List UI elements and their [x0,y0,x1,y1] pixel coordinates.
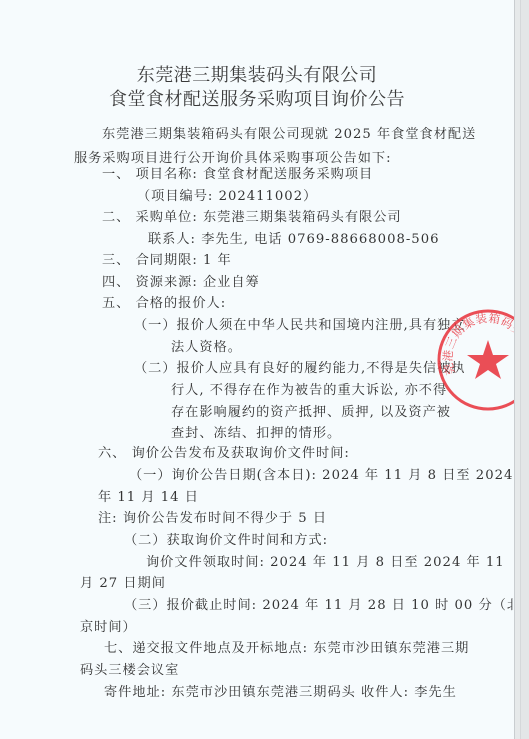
section-6-item-2: （二）获取询价文件时间和方式: [124,533,328,549]
section-5-item-2-cont-1: 行人, 不得存在作为被告的重大诉讼, 亦不得 [171,383,447,399]
section-6-item-3: （三）报价截止时间: 2024 年 11 月 28 日 10 时 00 分（北 [124,598,515,614]
section-5-item-2: （二）报价人应具有良好的履约能力,不得是失信被执 [134,361,466,377]
section-1: 一、 项目名称: 食堂食材配送服务采购项目 [102,167,373,183]
section-3: 三、 合同期限: 1 年 [102,253,232,269]
section-2: 二、 采购单位: 东莞港三期集装箱码头有限公司 [102,210,402,226]
section-7-cont: 码头三楼会议室 [80,663,179,679]
section-5-item-2-cont-2: 存在影响履约的资产抵押、质押, 以及资产被 [171,405,451,421]
viewer-scrollbar-strip [520,0,529,739]
section-5-item-2-cont-3: 查封、冻结、扣押的情形。 [171,426,341,442]
mailing-address: 寄件地址: 东莞市沙田镇东莞港三期码头 收件人: 李先生 [104,685,457,701]
intro-line-2: 服务采购项目进行公开询价具体采购事项公告如下: [74,151,392,167]
svg-text:东莞港三期集装箱码头有限公司: 东莞港三期集装箱码头有限公司 [436,308,515,376]
section-5: 五、 合格的报价人: [102,296,226,312]
section-2-contact: 联系人: 李先生, 电话 0769-88668008-506 [148,232,439,248]
document-page: 东莞港三期集装码头有限公司 食堂食材配送服务采购项目询价公告 东莞港三期集装箱码… [0,0,515,739]
section-4: 四、 资源来源: 企业自筹 [102,275,260,291]
title-notice: 食堂食材配送服务采购项目询价公告 [0,85,514,111]
section-6-item-2-cont: 月 27 日期间 [80,576,166,592]
section-6-item-3-cont: 京时间） [80,620,137,636]
intro-line-1: 东莞港三期集装箱码头有限公司现就 2025 年食堂食材配送 [102,127,476,143]
section-1-code: （项目编号: 202411002） [137,189,317,205]
section-6-note: 注: 询价公告发布时间不得少于 5 日 [98,511,327,527]
section-6-item-1: （一）询价公告日期(含本日): 2024 年 11 月 8 日至 2024 [129,468,513,484]
section-5-item-1: （一）报价人须在中华人民共和国境内注册,具有独立 [134,318,466,334]
company-seal-icon: 东莞港三期集装箱码头有限公司 [436,308,515,412]
section-5-item-1-cont: 法人资格。 [171,340,242,356]
section-6: 六、 询价公告发布及获取询价文件时间: [98,446,350,462]
title-company: 东莞港三期集装码头有限公司 [0,61,514,87]
section-7: 七、递交报文件地点及开标地点: 东莞市沙田镇东莞港三期 [104,641,469,657]
section-6-item-2-detail: 询价文件领取时间: 2024 年 11 月 8 日至 2024 年 11 [146,555,505,571]
section-6-item-1-cont: 年 11 月 14 日 [98,490,199,506]
